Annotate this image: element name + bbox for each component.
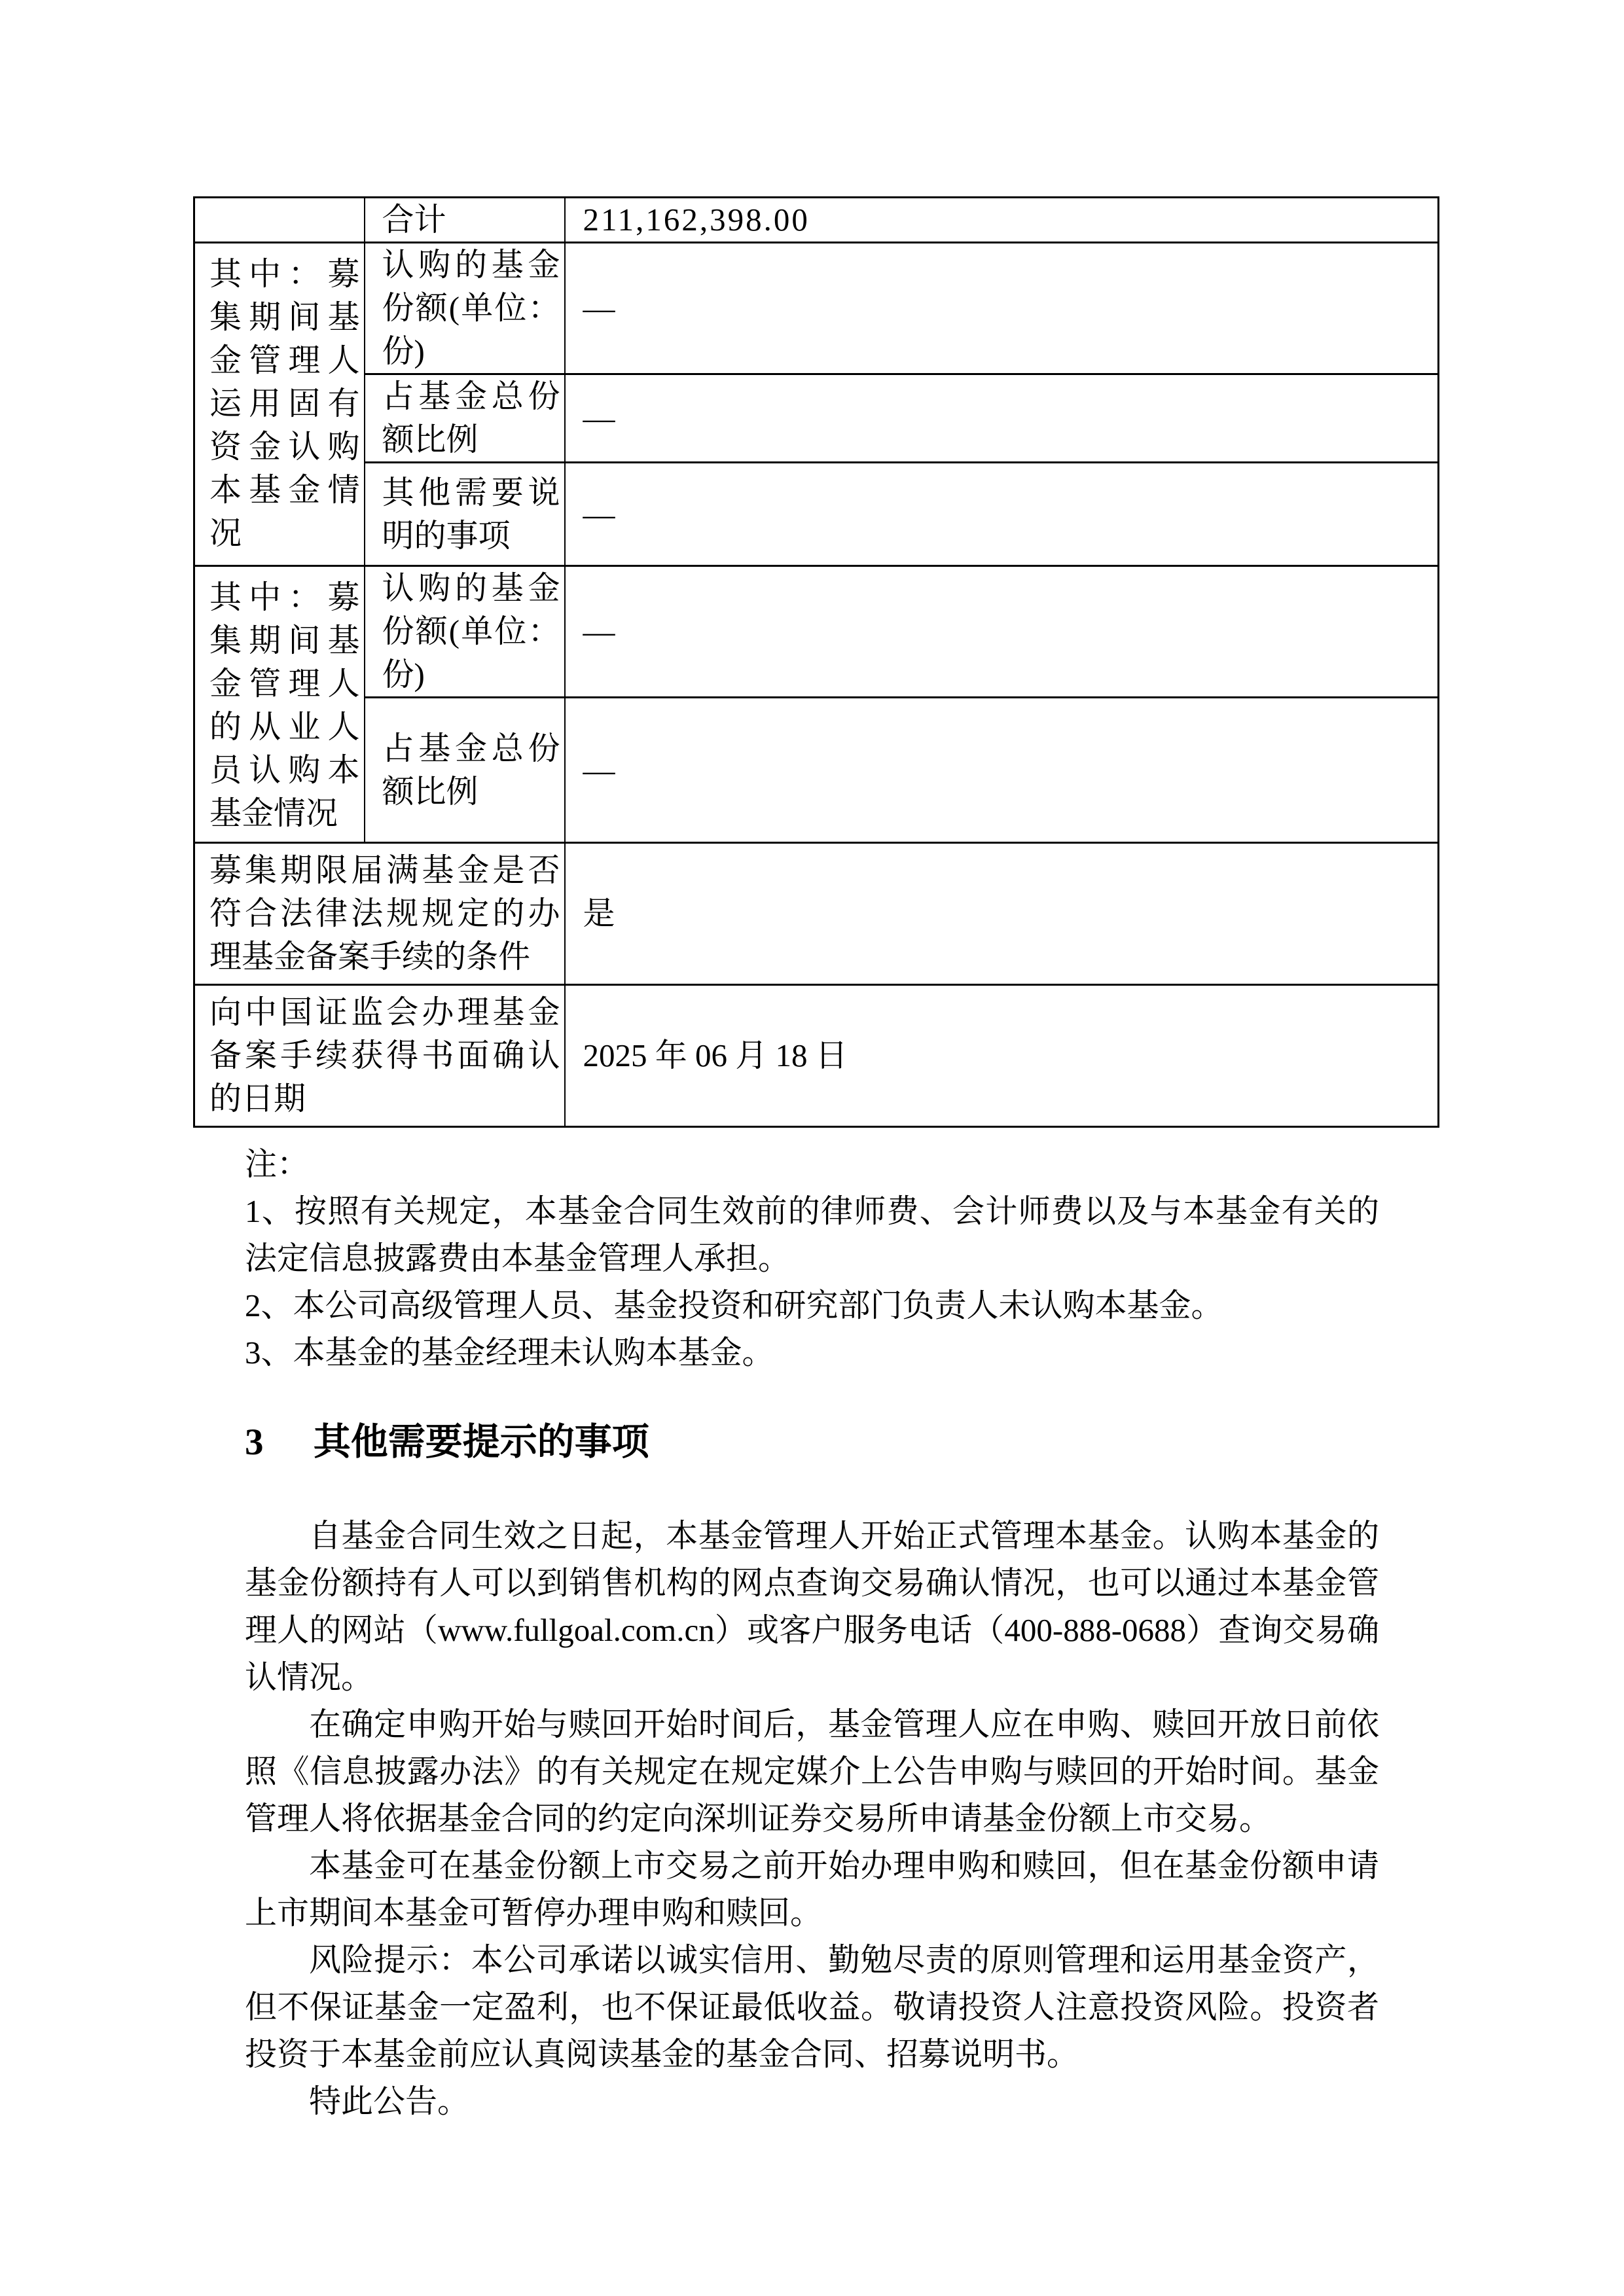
paragraph-subscription-redemption-timing: 在确定申购开始与赎回开始时间后，基金管理人应在申购、赎回开放日前依照《信息披露办… <box>245 1701 1379 1842</box>
section-heading-title: 其他需要提示的事项 <box>314 1418 649 1467</box>
row-value-cell: — <box>565 243 1439 374</box>
row-value-cell: 是 <box>565 843 1439 985</box>
row-label-cell: 占基金总份额比例 <box>365 374 565 463</box>
table-row-filing-condition: 募集期限届满基金是否符合法律法规规定的办理基金备案手续的条件 是 <box>194 843 1439 985</box>
paragraph-confirmation-query: 自基金合同生效之日起，本基金管理人开始正式管理本基金。认购本基金的基金份额持有人… <box>245 1513 1379 1701</box>
notes-title: 注： <box>245 1141 1379 1188</box>
row-label-cell: 占基金总份额比例 <box>365 698 565 843</box>
table-row-manager-shares: 其中：募集期间基金管理人运用固有资金认购本基金情况 认购的基金份额(单位：份) … <box>194 243 1439 374</box>
empty-cell <box>194 198 365 243</box>
row-value-cell: — <box>565 698 1439 843</box>
paragraph-pre-listing-handling: 本基金可在基金份额上市交易之前开始办理申购和赎回，但在基金份额申请上市期间本基金… <box>245 1842 1379 1937</box>
table-row-staff-shares: 其中：募集期间基金管理人的从业人员认购本基金情况 认购的基金份额(单位：份) — <box>194 566 1439 698</box>
note-item-2: 2、本公司高级管理人员、基金投资和研究部门负责人未认购本基金。 <box>245 1282 1379 1329</box>
paragraph-risk-warning: 风险提示：本公司承诺以诚实信用、勤勉尽责的原则管理和运用基金资产，但不保证基金一… <box>245 1937 1379 2078</box>
row-value-cell: — <box>565 566 1439 698</box>
row-label-cell: 认购的基金份额(单位：份) <box>365 566 565 698</box>
table-row-confirm-date: 向中国证监会办理基金备案手续获得书面确认的日期 2025 年 06 月 18 日 <box>194 985 1439 1127</box>
row-label-cell: 募集期限届满基金是否符合法律法规规定的办理基金备案手续的条件 <box>194 843 565 985</box>
section-heading-number: 3 <box>245 1418 264 1467</box>
note-item-1: 1、按照有关规定，本基金合同生效前的律师费、会计师费以及与本基金有关的法定信息披… <box>245 1188 1379 1282</box>
table-row-total: 合计 211,162,398.00 <box>194 198 1439 243</box>
row-label-cell: 认购的基金份额(单位：份) <box>365 243 565 374</box>
row-value-cell: 2025 年 06 月 18 日 <box>565 985 1439 1127</box>
row-value-cell: — <box>565 374 1439 463</box>
row-label-cell: 向中国证监会办理基金备案手续获得书面确认的日期 <box>194 985 565 1127</box>
table-row-manager-ratio: 占基金总份额比例 — <box>194 374 1439 463</box>
table-row-manager-other: 其他需要说明的事项 — <box>194 463 1439 566</box>
paragraph-closing: 特此公告。 <box>245 2078 1379 2125</box>
subscription-summary-table: 合计 211,162,398.00 其中：募集期间基金管理人运用固有资金认购本基… <box>193 196 1439 1128</box>
group-label-cell-manager: 其中：募集期间基金管理人运用固有资金认购本基金情况 <box>194 243 365 566</box>
group-label-cell-staff: 其中：募集期间基金管理人的从业人员认购本基金情况 <box>194 566 365 843</box>
row-label-cell: 其他需要说明的事项 <box>365 463 565 566</box>
section-heading: 3 其他需要提示的事项 <box>245 1418 1379 1467</box>
body-text-block: 注： 1、按照有关规定，本基金合同生效前的律师费、会计师费以及与本基金有关的法定… <box>245 1141 1379 2125</box>
row-value-cell: 211,162,398.00 <box>565 198 1439 243</box>
row-label-cell: 合计 <box>365 198 565 243</box>
row-value-cell: — <box>565 463 1439 566</box>
document-page: 合计 211,162,398.00 其中：募集期间基金管理人运用固有资金认购本基… <box>0 0 1624 2296</box>
note-item-3: 3、本基金的基金经理未认购本基金。 <box>245 1329 1379 1376</box>
table-row-staff-ratio: 占基金总份额比例 — <box>194 698 1439 843</box>
